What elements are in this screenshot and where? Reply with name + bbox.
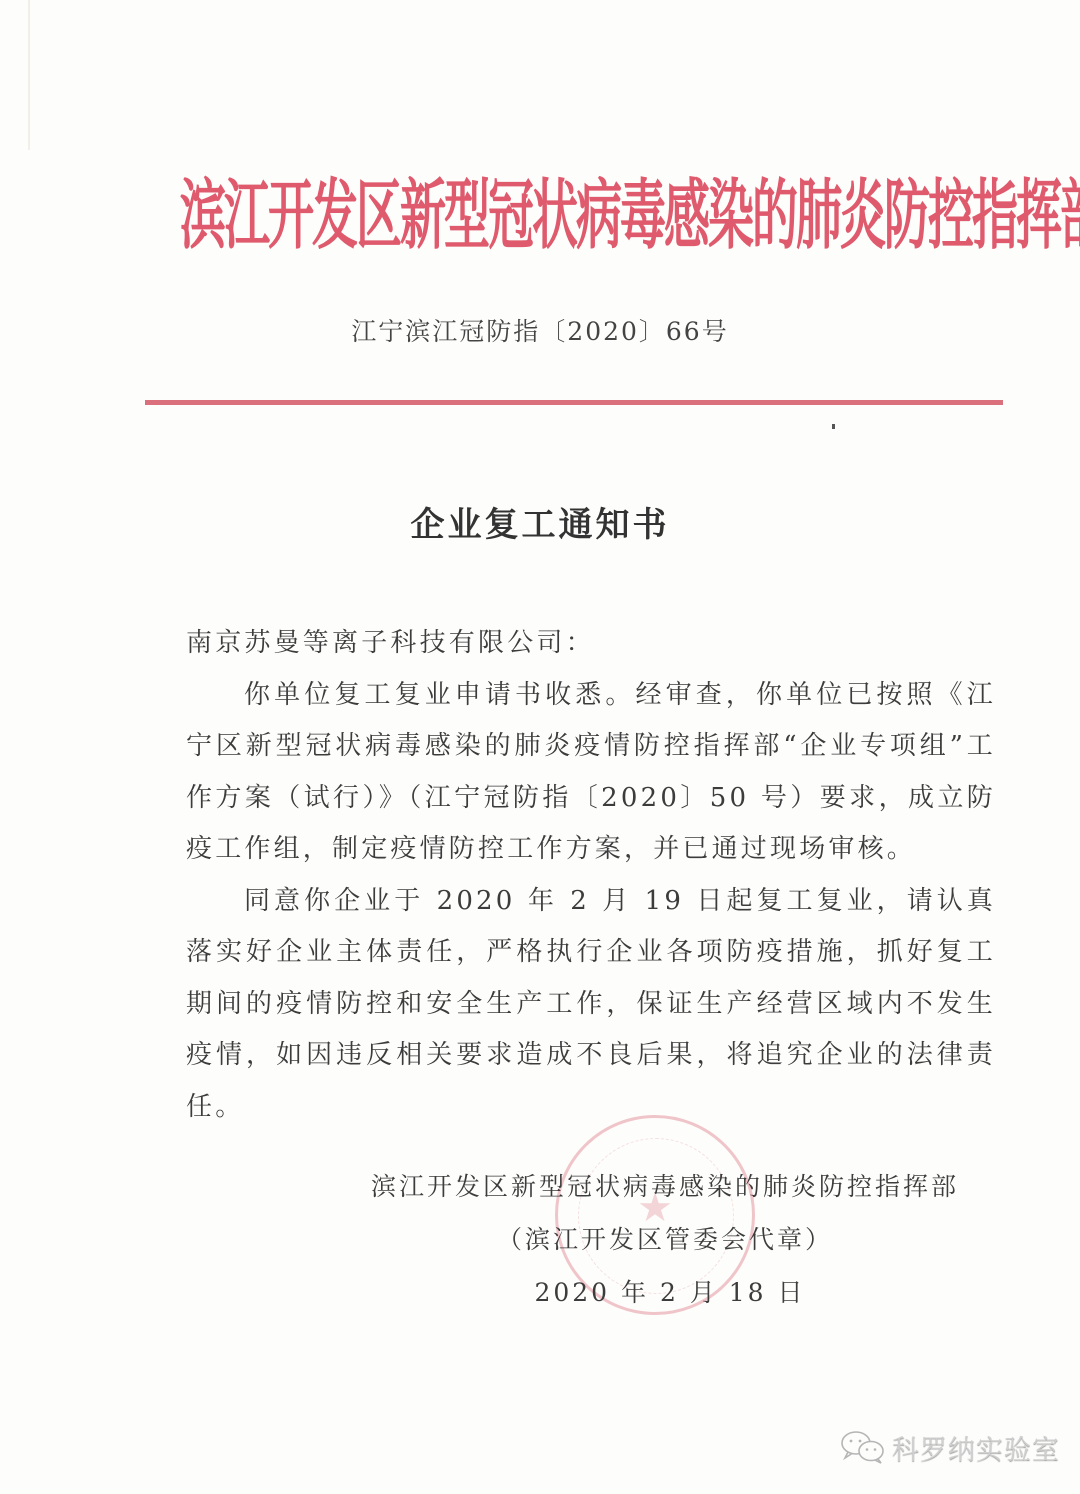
document-masthead: 滨江开发区新型冠状病毒感染的肺炎防控指挥部文件 <box>180 124 970 306</box>
seal-note: （滨江开发区管委会代章） <box>340 1213 980 1266</box>
scan-edge <box>28 0 30 150</box>
body-paragraph-1: 你单位复工复业申请书收悉。经审查，你单位已按照《江宁区新型冠状病毒感染的肺炎疫情… <box>186 670 996 876</box>
notice-body: 南京苏曼等离子科技有限公司： 你单位复工复业申请书收悉。经审查，你单位已按照《江… <box>186 618 996 1133</box>
recipient-line: 南京苏曼等离子科技有限公司： <box>186 618 996 670</box>
body-paragraph-2: 同意你企业于 2020 年 2 月 19 日起复工复业，请认真落实好企业主体责任… <box>186 876 996 1134</box>
signature-block: 滨江开发区新型冠状病毒感染的肺炎防控指挥部 （滨江开发区管委会代章） 2020 … <box>340 1160 980 1319</box>
wechat-icon <box>840 1430 886 1464</box>
document-number: 江宁滨江冠防指〔2020〕66号 <box>0 312 1080 352</box>
notice-title: 企业复工通知书 <box>0 500 1080 550</box>
issue-date: 2020 年 2 月 18 日 <box>340 1266 980 1319</box>
signing-organization: 滨江开发区新型冠状病毒感染的肺炎防控指挥部 <box>340 1160 980 1213</box>
watermark-text: 科罗纳实验室 <box>892 1428 1060 1467</box>
red-divider-rule <box>145 400 1003 405</box>
scan-speck <box>832 424 835 429</box>
wechat-watermark: 科罗纳实验室 <box>840 1425 1060 1469</box>
